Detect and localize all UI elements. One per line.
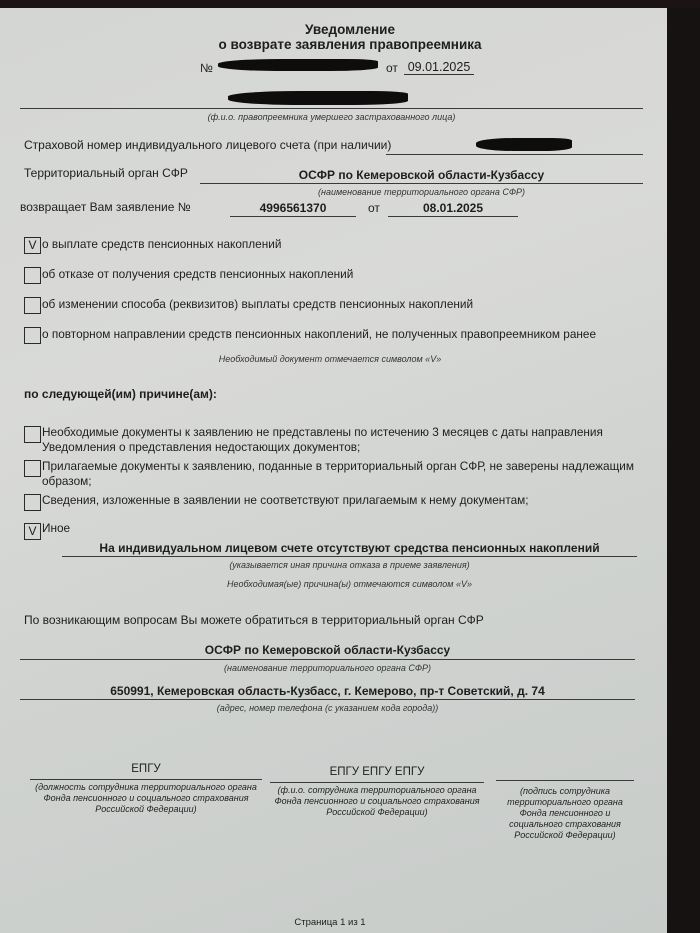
document-subtitle: о возврате заявления правопреемника bbox=[180, 37, 520, 52]
contact-body-hint: (наименование территориального органа СФ… bbox=[20, 663, 635, 673]
type-refusal-label: об отказе от получения средств пенсионны… bbox=[42, 267, 353, 282]
contact-body-name: ОСФР по Кемеровской области-Кузбассу bbox=[20, 643, 635, 657]
contact-body-line bbox=[20, 659, 635, 660]
signature-fio-hint: (ф.и.о. сотрудника территориального орга… bbox=[264, 785, 490, 818]
checkbox-reason-other[interactable]: V bbox=[24, 523, 41, 540]
application-number: 4996561370 bbox=[230, 201, 356, 215]
successor-name-line bbox=[20, 108, 643, 109]
signature-position-line bbox=[30, 779, 262, 780]
reasons-note: Необходимая(ые) причина(ы) отмечаются си… bbox=[62, 579, 637, 589]
other-reason-line bbox=[62, 556, 637, 557]
application-date: 08.01.2025 bbox=[388, 201, 518, 215]
territorial-body-value: ОСФР по Кемеровской области-Кузбассу bbox=[200, 168, 643, 182]
notice-date: 09.01.2025 bbox=[404, 60, 474, 75]
redacted-notice-number bbox=[218, 59, 378, 71]
territorial-body-label: Территориальный орган СФР bbox=[24, 166, 188, 180]
application-label: возвращает Вам заявление № bbox=[20, 200, 191, 214]
notice-number-label: № bbox=[200, 61, 213, 75]
application-number-line bbox=[230, 216, 356, 217]
types-note: Необходимый документ отмечается символом… bbox=[100, 354, 560, 364]
application-date-label: от bbox=[368, 201, 380, 215]
territorial-body-hint: (наименование территориального органа СФ… bbox=[200, 187, 643, 197]
screen-bezel-right bbox=[667, 8, 700, 933]
signature-fio-value: ЕПГУ ЕПГУ ЕПГУ bbox=[270, 766, 484, 778]
reason-not-certified-label: Прилагаемые документы к заявлению, подан… bbox=[42, 459, 634, 489]
reason-not-certified-line1: Прилагаемые документы к заявлению, подан… bbox=[42, 459, 634, 474]
application-date-line bbox=[388, 216, 518, 217]
other-reason-value: На индивидуальном лицевом счете отсутств… bbox=[62, 541, 637, 555]
contact-address-hint: (адрес, номер телефона (с указанием кода… bbox=[20, 703, 635, 713]
snils-line bbox=[386, 154, 643, 155]
type-change-method-label: об изменении способа (реквизитов) выплат… bbox=[42, 297, 473, 312]
contact-intro: По возникающим вопросам Вы можете обрати… bbox=[24, 613, 484, 627]
redacted-successor-name bbox=[228, 91, 408, 105]
reason-mismatch-label: Сведения, изложенные в заявлении не соот… bbox=[42, 493, 529, 508]
signature-sign-hint: (подпись сотрудника территориального орг… bbox=[496, 786, 634, 841]
type-payout-label: о выплате средств пенсионных накоплений bbox=[42, 237, 281, 252]
notice-date-label: от bbox=[386, 61, 398, 75]
reason-other-label: Иное bbox=[42, 521, 70, 536]
snils-label: Страховой номер индивидуального лицевого… bbox=[24, 138, 391, 152]
reason-missing-docs-label: Необходимые документы к заявлению не пре… bbox=[42, 425, 603, 455]
signature-position-hint: (должность сотрудника территориального о… bbox=[24, 782, 268, 815]
type-resend-label: о повторном направлении средств пенсионн… bbox=[42, 327, 596, 342]
checkbox-type-refusal[interactable] bbox=[24, 267, 41, 284]
signature-sign-line bbox=[496, 780, 634, 781]
checkbox-reason-not-certified[interactable] bbox=[24, 460, 41, 477]
checkbox-reason-missing-docs[interactable] bbox=[24, 426, 41, 443]
reason-not-certified-line2: образом; bbox=[42, 474, 634, 489]
document-title: Уведомление bbox=[180, 22, 520, 37]
reasons-heading: по следующей(им) причине(ам): bbox=[24, 387, 217, 401]
checkbox-reason-mismatch[interactable] bbox=[24, 494, 41, 511]
redacted-snils bbox=[476, 138, 572, 151]
page-counter: Страница 1 из 1 bbox=[230, 917, 430, 928]
contact-address: 650991, Кемеровская область-Кузбасс, г. … bbox=[20, 684, 635, 698]
checkbox-type-resend[interactable] bbox=[24, 327, 41, 344]
checkbox-type-change-method[interactable] bbox=[24, 297, 41, 314]
contact-address-line bbox=[20, 699, 635, 700]
screen-bezel-top bbox=[0, 0, 700, 8]
successor-name-hint: (ф.и.о. правопреемника умершего застрахо… bbox=[20, 112, 643, 122]
checkbox-type-payout[interactable]: V bbox=[24, 237, 41, 254]
other-reason-hint: (указывается иная причина отказа в прием… bbox=[62, 560, 637, 570]
signature-fio-line bbox=[270, 782, 484, 783]
document-page: Уведомление о возврате заявления правопр… bbox=[0, 8, 667, 933]
reason-missing-docs-line2: Уведомления о представления недостающих … bbox=[42, 440, 603, 455]
reason-missing-docs-line1: Необходимые документы к заявлению не пре… bbox=[42, 425, 603, 440]
territorial-body-line bbox=[200, 183, 643, 184]
signature-position-value: ЕПГУ bbox=[30, 763, 262, 775]
